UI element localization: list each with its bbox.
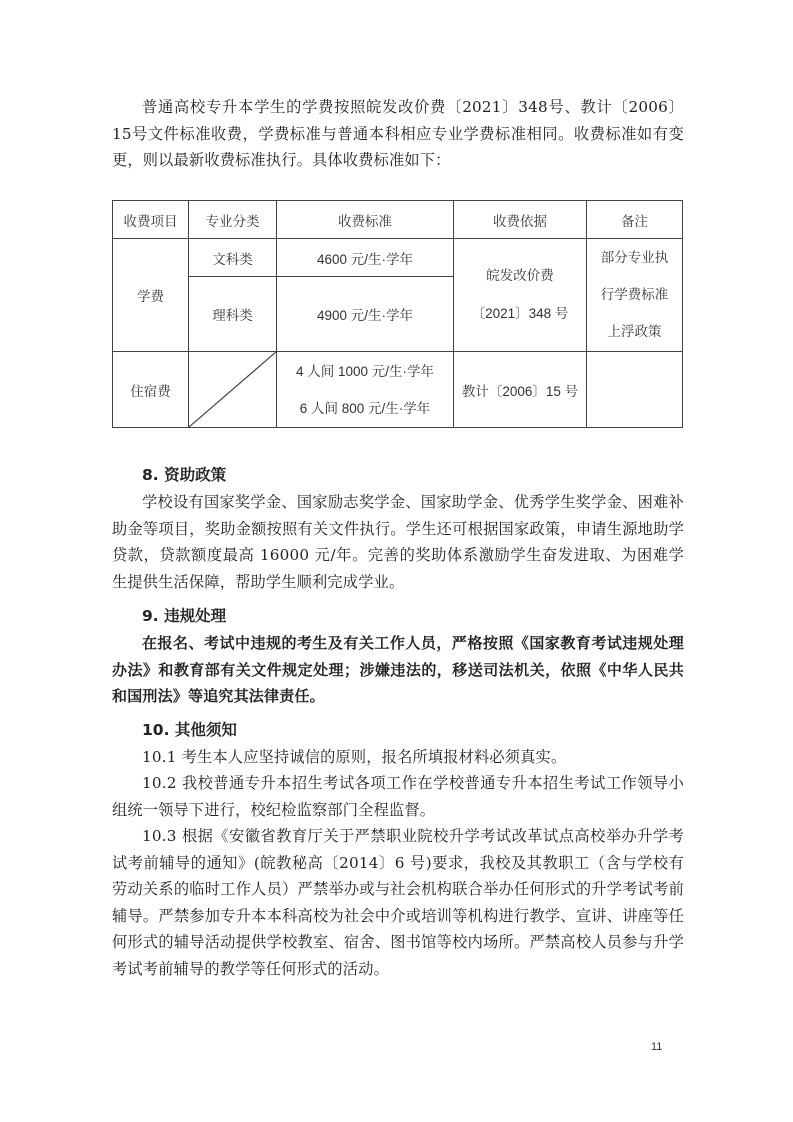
standard-line: 6 人间 800 元/生·学年 bbox=[277, 390, 453, 427]
section-10-item-3: 10.3 根据《安徽省教育厅关于严禁职业院校升学考试改革试点高校举办升学考试考前… bbox=[112, 823, 684, 982]
table-row: 学费 文科类 4600 元/生·学年 皖发改价费 〔2021〕348 号 部分专… bbox=[113, 239, 683, 277]
tuition-item-cell: 学费 bbox=[113, 239, 189, 352]
page-number: 11 bbox=[651, 1041, 662, 1053]
header-cell: 专业分类 bbox=[189, 201, 277, 239]
diagonal-line-icon bbox=[189, 352, 276, 427]
section-10-title: 10. 其他须知 bbox=[142, 718, 237, 740]
note-cell: 部分专业执 行学费标准 上浮政策 bbox=[587, 239, 683, 352]
section-8-body: 学校设有国家奖学金、国家励志奖学金、国家助学金、优秀学生奖学金、困难补助金等项目… bbox=[112, 489, 684, 595]
category-cell: 文科类 bbox=[189, 239, 277, 277]
basis-line: 〔2021〕348 号 bbox=[454, 295, 586, 332]
table-header-row: 收费项目 专业分类 收费标准 收费依据 备注 bbox=[113, 201, 683, 239]
section-9-body: 在报名、考试中违规的考生及有关工作人员，严格按照《国家教育考试违规处理办法》和教… bbox=[112, 630, 684, 710]
section-9-title: 9. 违规处理 bbox=[142, 604, 226, 626]
category-cell: 理科类 bbox=[189, 277, 277, 352]
note-line: 上浮政策 bbox=[587, 314, 682, 351]
document-page: 普通高校专升本学生的学费按照皖发改价费〔2021〕348号、教计〔2006〕15… bbox=[0, 0, 793, 1122]
standard-line: 4 人间 1000 元/生·学年 bbox=[277, 353, 453, 390]
table-row: 住宿费 4 人间 1000 元/生·学年 6 人间 800 元/生·学年 教计〔… bbox=[113, 352, 683, 428]
section-10-item-2: 10.2 我校普通专升本招生考试各项工作在学校普通专升本招生考试工作领导小组统一… bbox=[112, 770, 684, 823]
header-cell: 收费标准 bbox=[277, 201, 454, 239]
header-cell: 备注 bbox=[587, 201, 683, 239]
standard-cell: 4 人间 1000 元/生·学年 6 人间 800 元/生·学年 bbox=[277, 352, 454, 428]
note-cell bbox=[587, 352, 683, 428]
note-line: 部分专业执 bbox=[587, 240, 682, 277]
intro-paragraph: 普通高校专升本学生的学费按照皖发改价费〔2021〕348号、教计〔2006〕15… bbox=[112, 94, 684, 174]
section-8-title: 8. 资助政策 bbox=[142, 463, 226, 485]
section-10-item-1: 10.1 考生本人应坚持诚信的原则，报名所填报材料必须真实。 bbox=[112, 744, 684, 771]
header-cell: 收费依据 bbox=[454, 201, 587, 239]
note-line: 行学费标准 bbox=[587, 277, 682, 314]
standard-cell: 4600 元/生·学年 bbox=[277, 239, 454, 277]
standard-cell: 4900 元/生·学年 bbox=[277, 277, 454, 352]
diagonal-empty-cell bbox=[189, 352, 277, 428]
basis-line: 皖发改价费 bbox=[454, 258, 586, 295]
header-cell: 收费项目 bbox=[113, 201, 189, 239]
fee-table: 收费项目 专业分类 收费标准 收费依据 备注 学费 文科类 4600 元/生·学… bbox=[112, 200, 683, 428]
basis-cell: 教计〔2006〕15 号 bbox=[454, 352, 587, 428]
accommodation-item-cell: 住宿费 bbox=[113, 352, 189, 428]
basis-cell: 皖发改价费 〔2021〕348 号 bbox=[454, 239, 587, 352]
